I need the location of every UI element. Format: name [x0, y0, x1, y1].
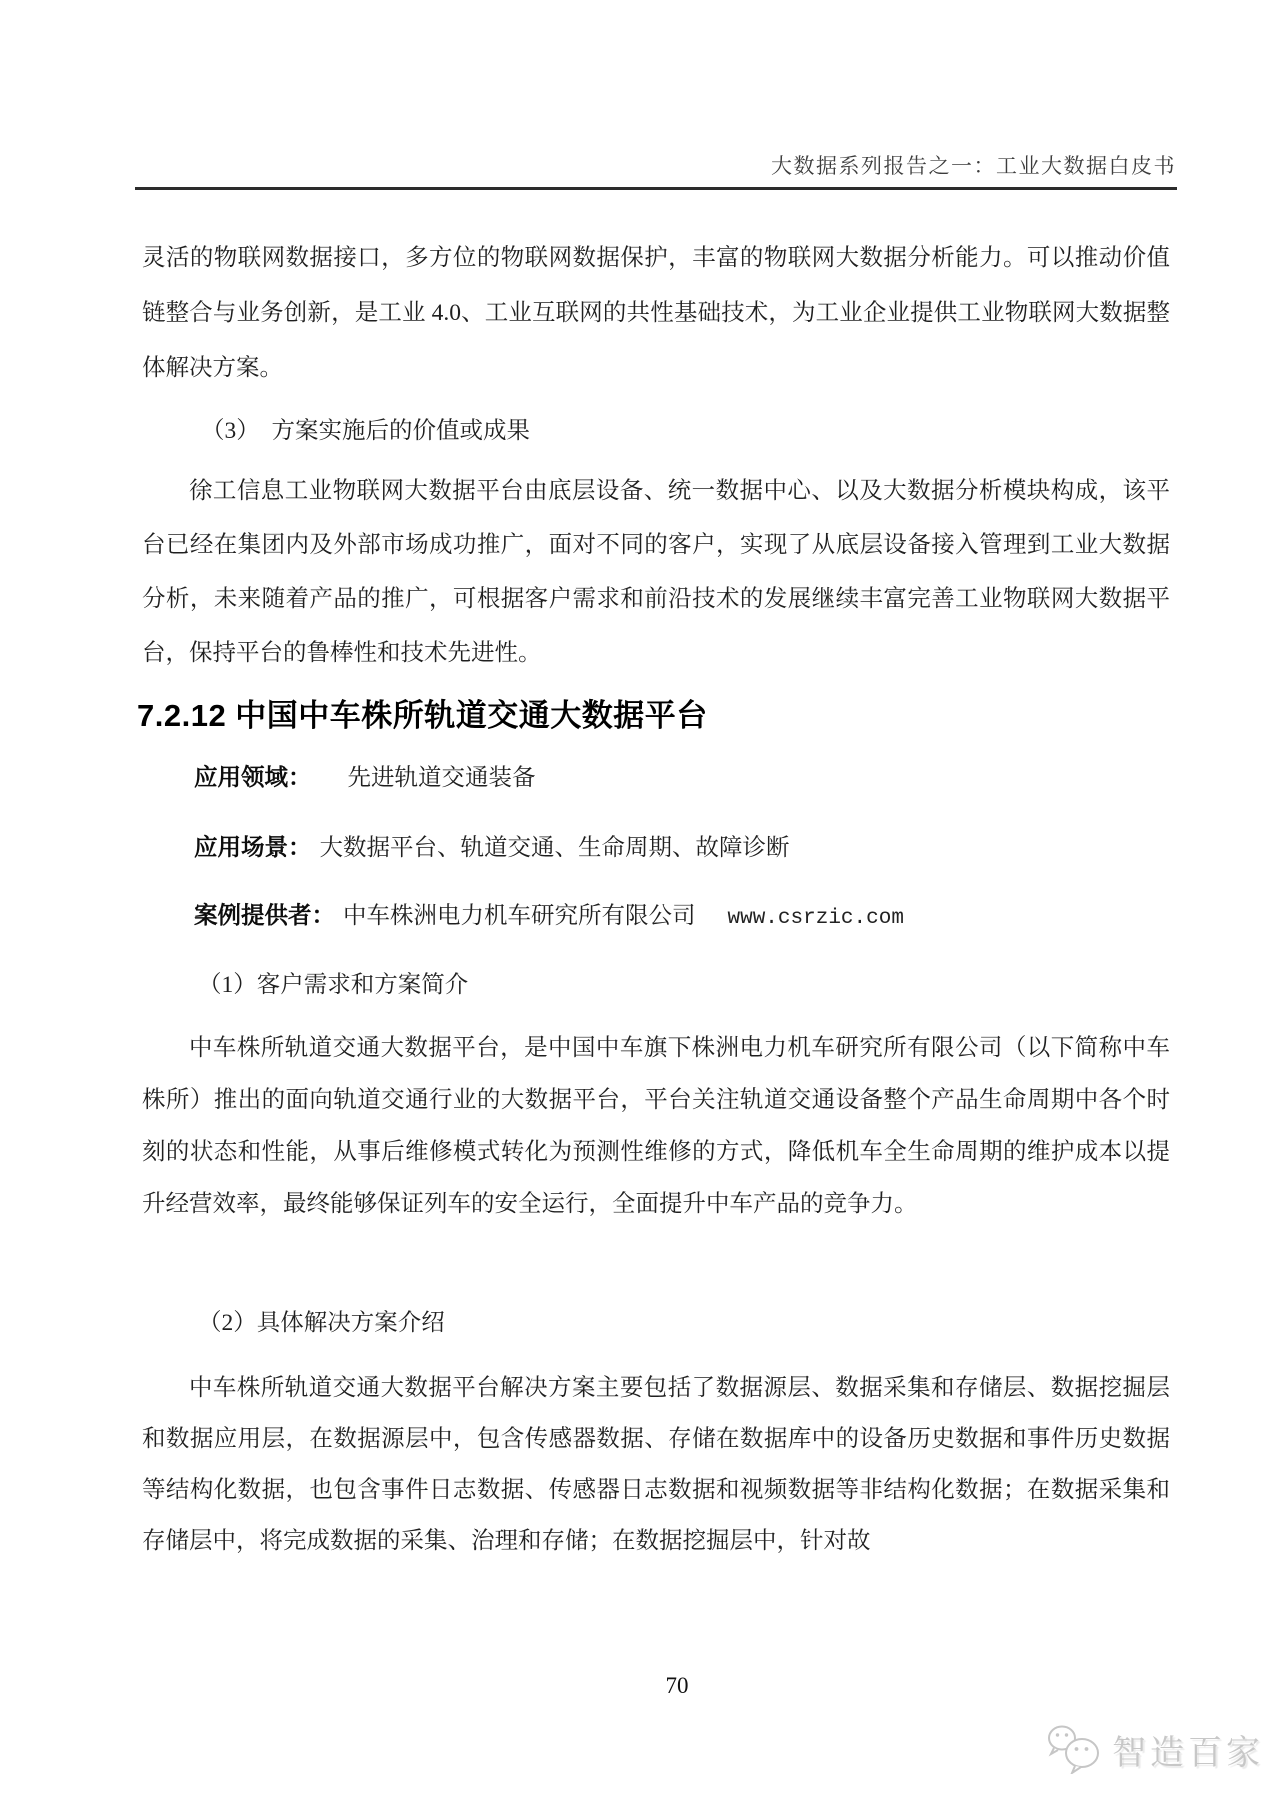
- section-heading-7-2-12: 7.2.12 中国中车株所轨道交通大数据平台: [137, 696, 708, 736]
- watermark-brand-text: 智造百家: [1112, 1725, 1264, 1774]
- paragraph-platform-intro: 中车株所轨道交通大数据平台，是中国中车旗下株洲电力机车研究所有限公司（以下简称中…: [142, 1022, 1170, 1230]
- wechat-chat-bubbles-icon: [1046, 1724, 1102, 1774]
- header-rule-divider: [135, 187, 1177, 190]
- page-number: 70: [627, 1673, 727, 1699]
- running-header-title: 大数据系列报告之一：工业大数据白皮书: [771, 150, 1176, 180]
- subheading-2-solution-detail: （2）具体解决方案介绍: [198, 1308, 445, 1338]
- field-value-application-domain: 先进轨道交通装备: [348, 765, 536, 791]
- field-label-case-provider: 案例提供者：: [194, 902, 335, 928]
- subheading-3-value-results: （3） 方案实施后的价值或成果: [201, 416, 530, 446]
- paragraph-xugong-results: 徐工信息工业物联网大数据平台由底层设备、统一数据中心、以及大数据分析模块构成，该…: [142, 464, 1170, 680]
- document-page: 大数据系列报告之一：工业大数据白皮书 灵活的物联网数据接口，多方位的物联网数据保…: [0, 0, 1280, 1809]
- company-website-text: www.csrzic.com: [728, 907, 904, 930]
- paragraph-opening: 灵活的物联网数据接口，多方位的物联网数据保护，丰富的物联网大数据分析能力。可以推…: [142, 231, 1170, 396]
- field-case-provider: 案例提供者：中车株洲电力机车研究所有限公司www.csrzic.com: [194, 900, 904, 934]
- field-value-application-scenario: 大数据平台、轨道交通、生命周期、故障诊断: [320, 835, 790, 861]
- subheading-1-customer-needs: （1）客户需求和方案简介: [198, 970, 468, 1000]
- watermark-logo: 智造百家: [1046, 1724, 1264, 1774]
- field-value-case-provider: 中车株洲电力机车研究所有限公司: [343, 903, 696, 929]
- field-label-application-domain: 应用领域：: [194, 764, 312, 790]
- field-application-domain: 应用领域：先进轨道交通装备: [194, 762, 536, 794]
- field-application-scenario: 应用场景：大数据平台、轨道交通、生命周期、故障诊断: [194, 832, 790, 864]
- field-label-application-scenario: 应用场景：: [194, 834, 312, 860]
- paragraph-solution-detail: 中车株所轨道交通大数据平台解决方案主要包括了数据源层、数据采集和存储层、数据挖掘…: [142, 1363, 1170, 1567]
